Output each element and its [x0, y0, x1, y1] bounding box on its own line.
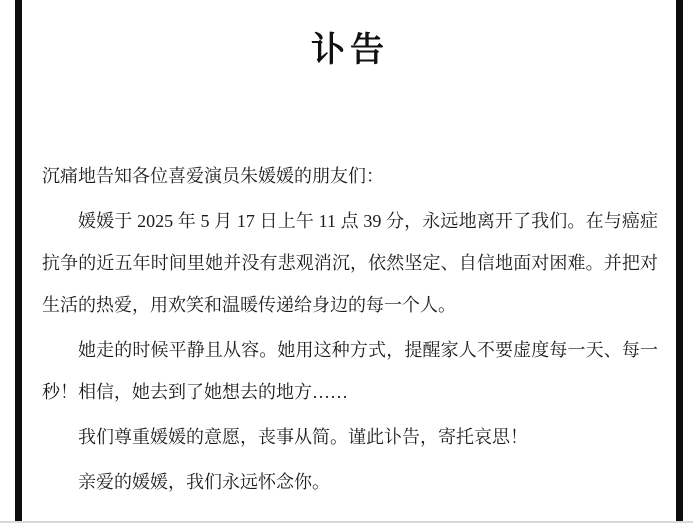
paragraph-remembrance: 亲爱的媛媛，我们永远怀念你。 [42, 461, 658, 503]
paragraph-peaceful-passing: 她走的时候平静且从容。她用这种方式，提醒家人不要虚度每一天、每一秒！相信，她去到… [42, 329, 658, 413]
right-border-line [676, 0, 683, 523]
paragraph-simple-funeral: 我们尊重媛媛的意愿，丧事从简。谨此讣告，寄托哀思！ [42, 416, 658, 458]
obituary-document: 讣告 沉痛地告知各位喜爱演员朱媛媛的朋友们： 媛媛于 2025 年 5 月 17… [0, 0, 693, 523]
document-body: 讣告 沉痛地告知各位喜爱演员朱媛媛的朋友们： 媛媛于 2025 年 5 月 17… [42, 0, 658, 506]
document-title: 讣告 [42, 30, 658, 71]
paragraph-death-announcement: 媛媛于 2025 年 5 月 17 日上午 11 点 39 分，永远地离开了我们… [42, 200, 658, 326]
salutation-line: 沉痛地告知各位喜爱演员朱媛媛的朋友们： [42, 155, 658, 197]
left-border-line [15, 0, 22, 523]
